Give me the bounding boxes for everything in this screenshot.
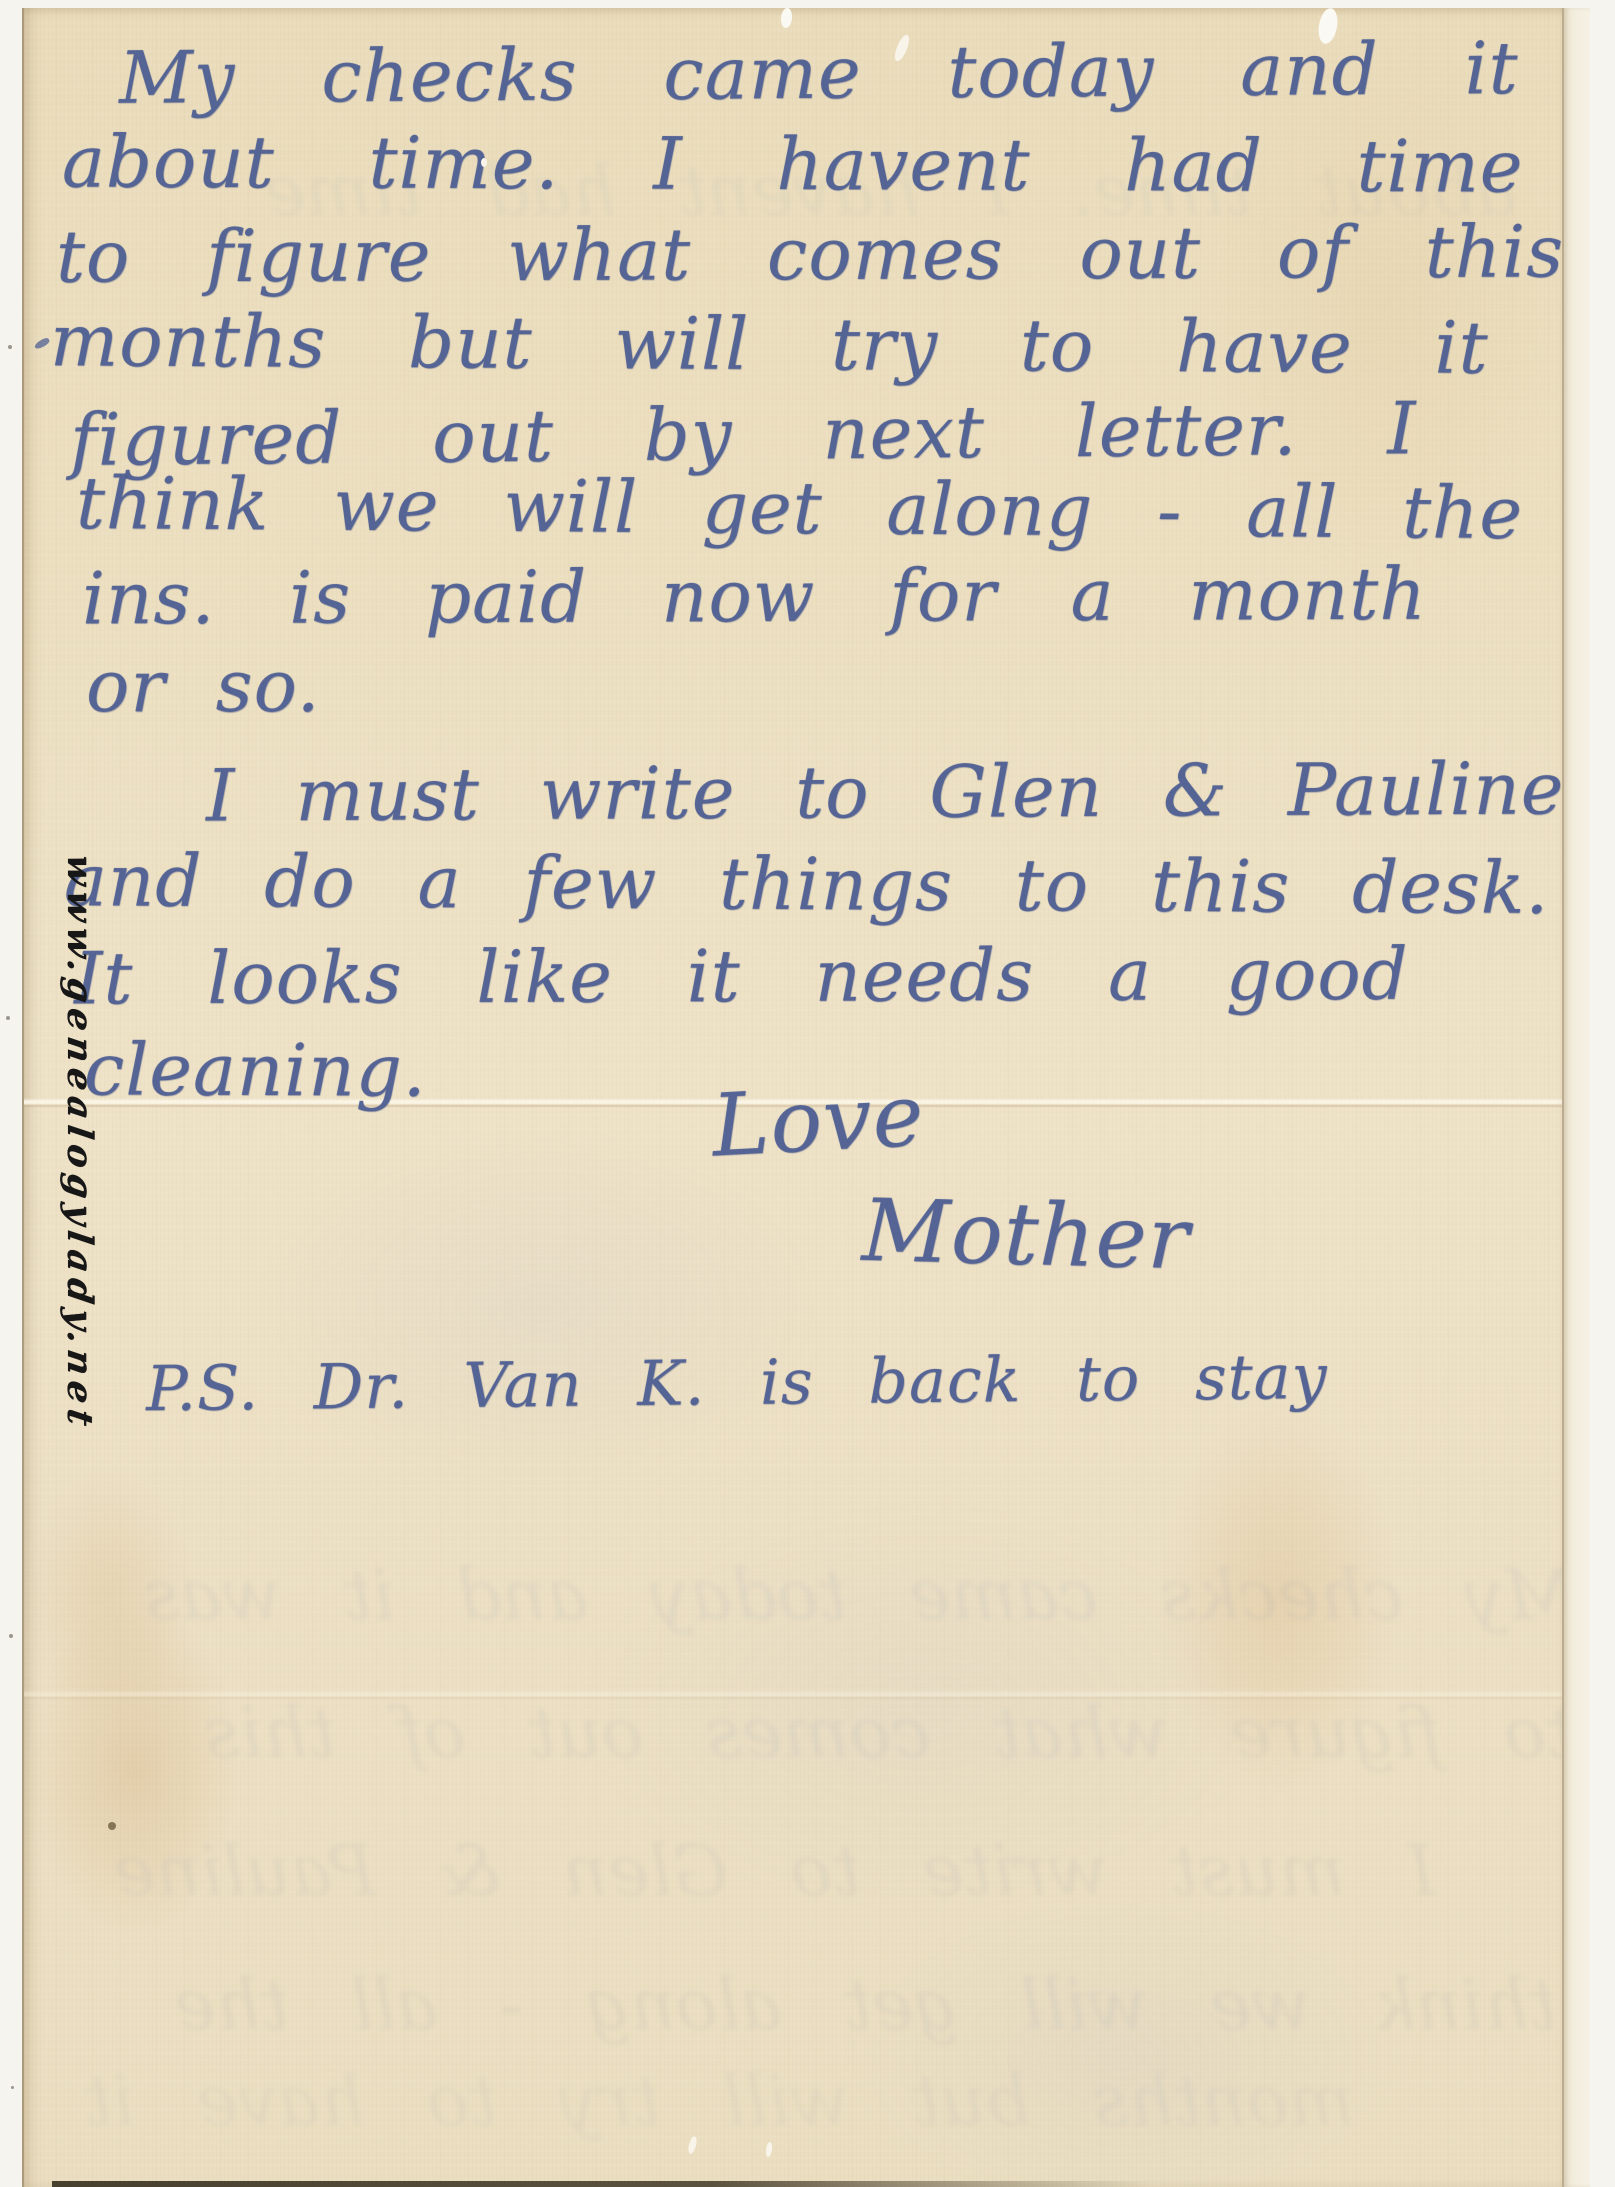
scanner-margin-speck <box>9 1634 13 1638</box>
letter-line-7: ins. is paid now for a month <box>82 558 1427 635</box>
letter-line-2: about time. I havent had time <box>62 125 1524 202</box>
postscript-line: P.S. Dr. Van K. is back to stay <box>146 1346 1328 1420</box>
paper-speck <box>108 1822 116 1830</box>
paper-fleck <box>481 158 487 167</box>
letter-line-11: It looks like it needs a good <box>74 938 1409 1015</box>
paper-bottom-edge <box>52 2181 1152 2187</box>
closing-love: Love <box>710 1073 927 1170</box>
letter-line-9: I must write to Glen & Pauline <box>206 752 1565 831</box>
scanner-margin-speck <box>11 2086 14 2089</box>
letter-line-8: or so. <box>86 650 321 722</box>
letter-line-12: cleaning. <box>84 1033 427 1106</box>
letter-line-3: to figure what comes out of this <box>56 215 1564 292</box>
ghost-writing-line: to figure what comes out of this <box>204 1698 1574 1768</box>
stray-ink-mark <box>33 337 50 351</box>
paper-fleck <box>765 2142 773 2158</box>
ghost-writing-line: think we will get along - all the <box>174 1970 1557 2040</box>
signature-mother: Mother <box>861 1188 1191 1283</box>
scanner-margin-speck <box>6 1016 10 1020</box>
ghost-writing-line: My checks came today and it was <box>144 1560 1577 1630</box>
scanned-letter-image: My checks came today and it was to figur… <box>0 0 1615 2187</box>
ghost-writing-line: months but will try to have it <box>84 2066 1355 2136</box>
ghost-writing-line: I must write to Glen & Pauline <box>114 1836 1435 1906</box>
letter-line-4: months but will try to have it <box>50 304 1489 384</box>
letter-line-10: and do a few things to this desk. <box>64 844 1550 924</box>
letter-line-1: My checks came today and it was <box>119 30 1590 113</box>
letter-paper: My checks came today and it was to figur… <box>22 8 1590 2187</box>
second-sheet-edge <box>1562 8 1590 2187</box>
scanner-margin-speck <box>8 345 12 349</box>
paper-notch <box>780 8 793 29</box>
watermark-text: www.genealogylady.net <box>59 852 100 1434</box>
letter-line-6: think we will get along - all the <box>76 467 1524 549</box>
